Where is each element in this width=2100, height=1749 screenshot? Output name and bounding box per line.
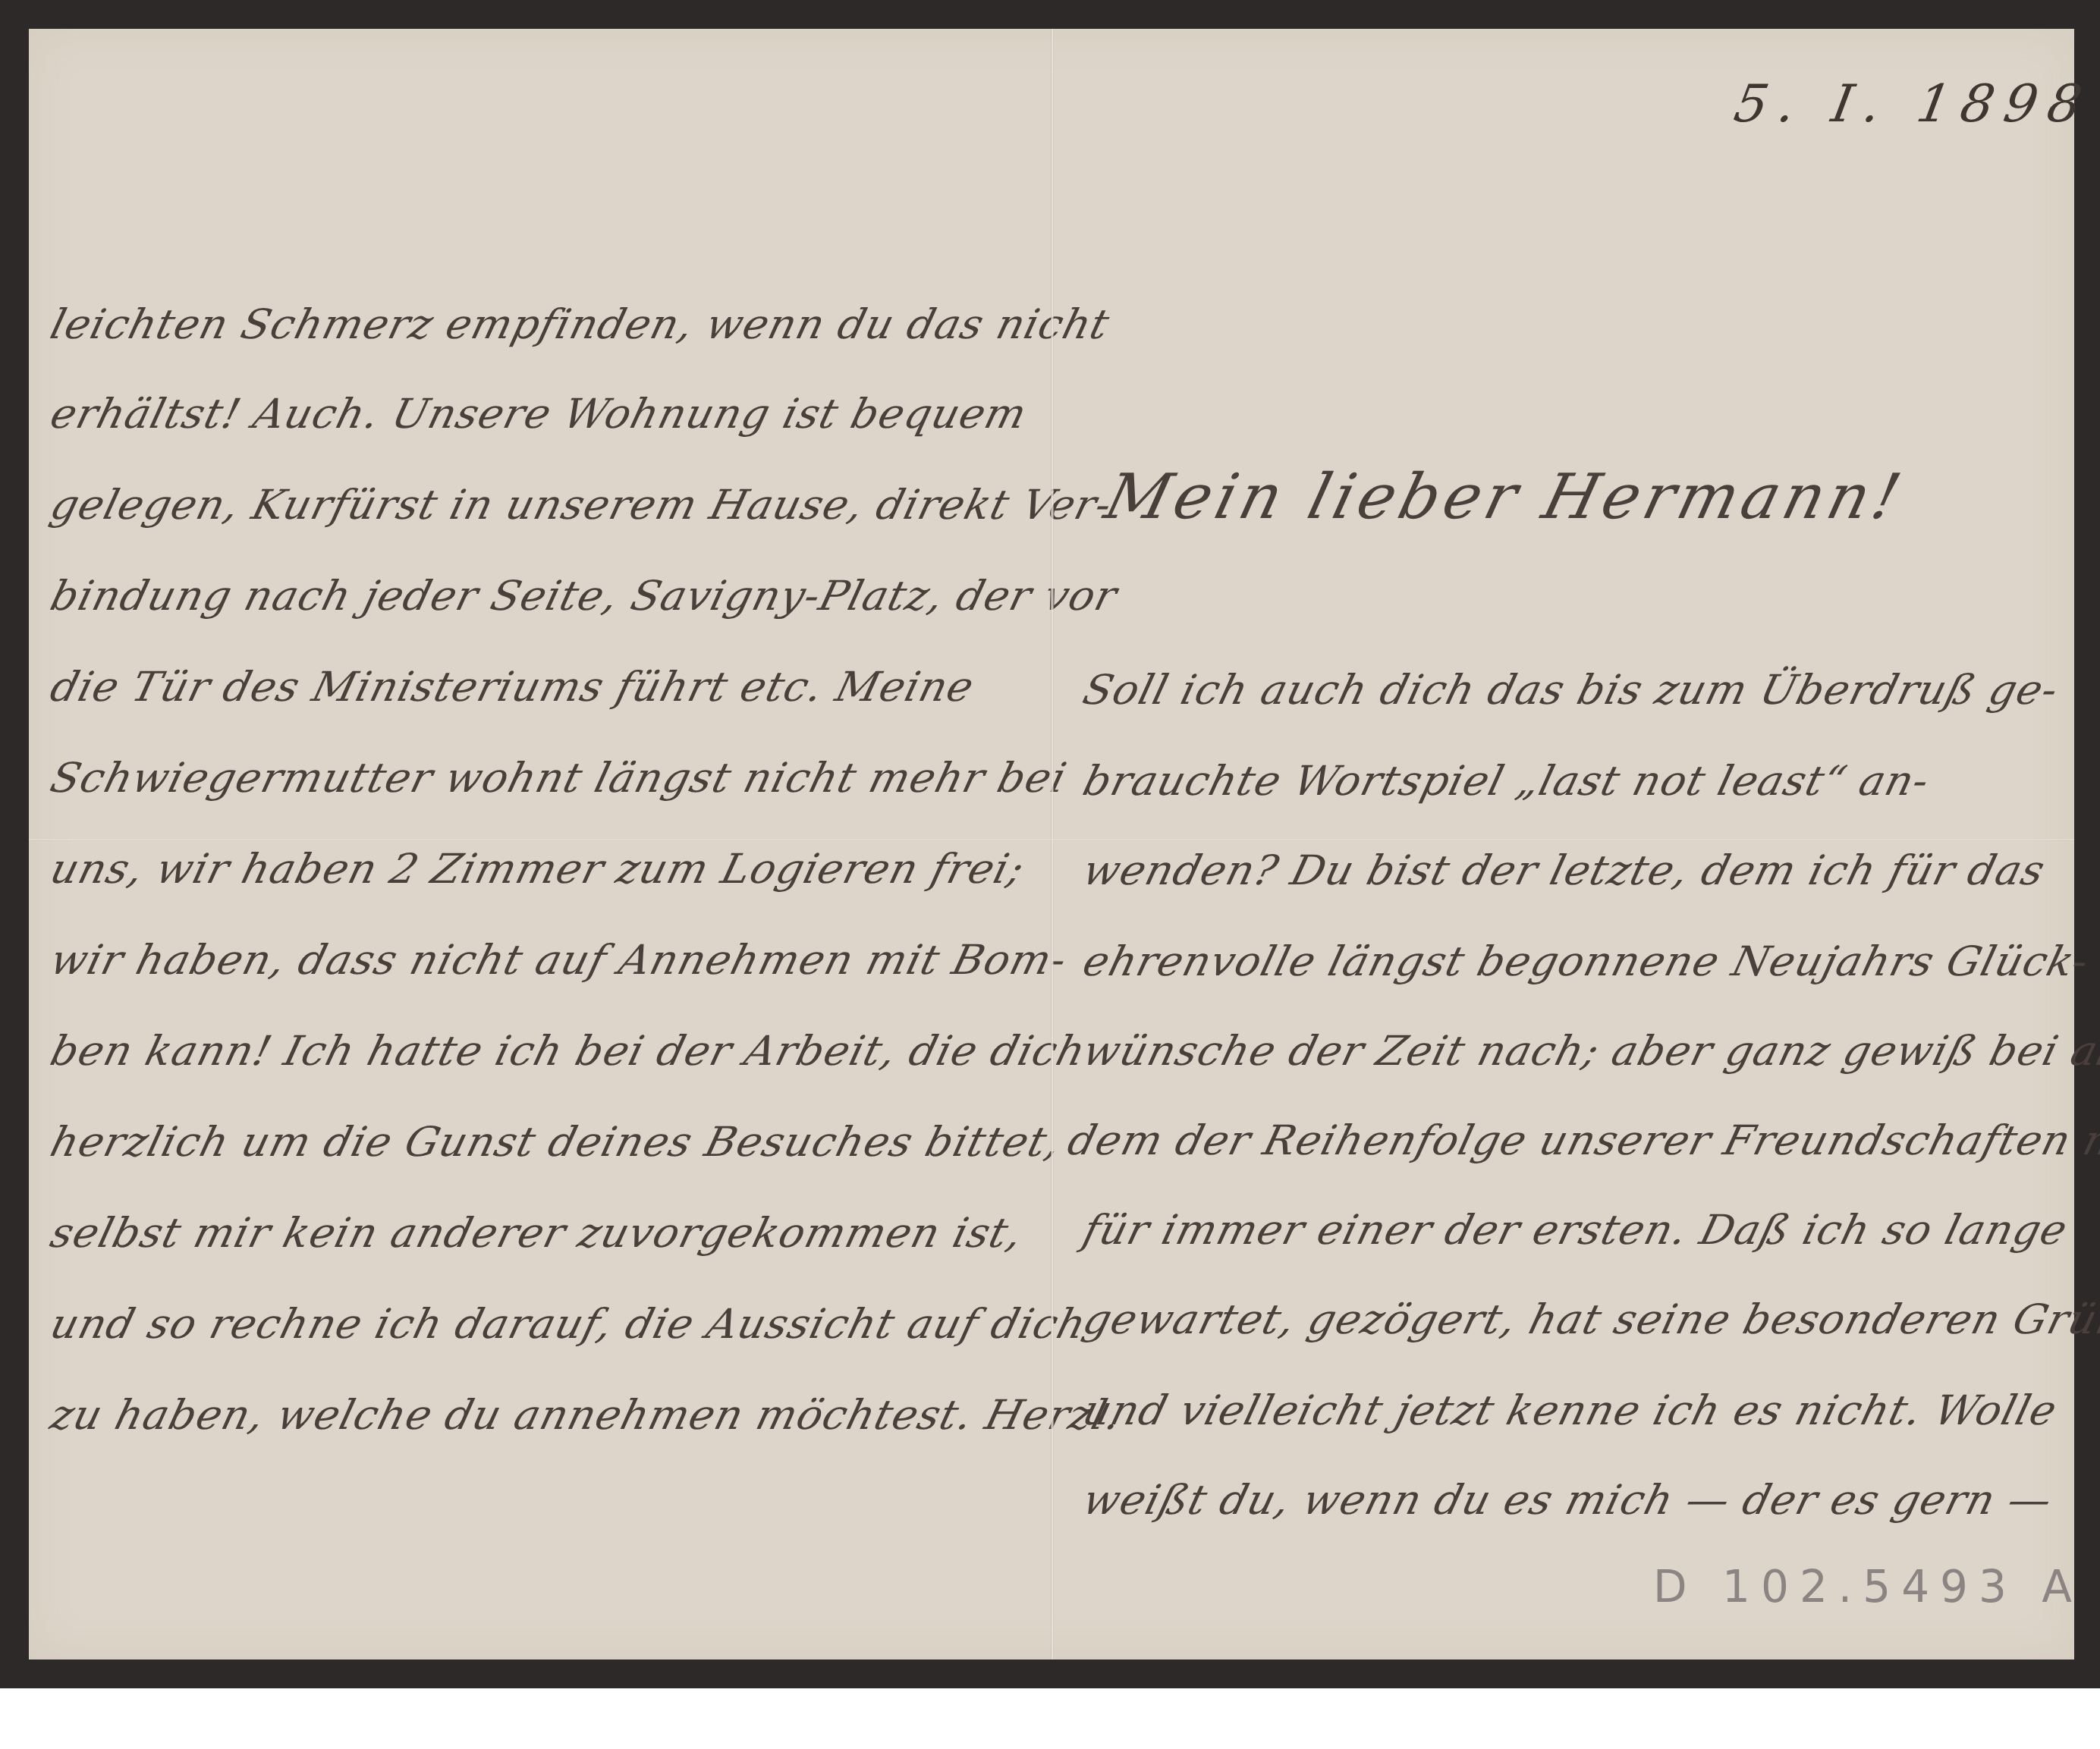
letter-line: herzlich um die Gunst deines Besuches bi… <box>46 1119 1067 1165</box>
letter-line: die Tür des Ministeriums führt etc. Mein… <box>46 664 979 710</box>
letter-line: uns, wir haben 2 Zimmer zum Logieren fre… <box>46 846 1030 892</box>
left-page: leichten Schmerz empfinden, wenn du das … <box>29 29 1051 1660</box>
letter-line: leichten Schmerz empfinden, wenn du das … <box>46 302 1114 347</box>
letter-line: ben kann! Ich hatte ich bei der Arbeit, … <box>46 1028 1091 1074</box>
archive-signature-stamp: D 102.5493 A <box>1653 1561 2083 1612</box>
letter-line: brauchte Wortspiel „last not least“ an- <box>1079 758 1935 804</box>
letter-line: ehrenvolle längst begonnene Neujahrs Glü… <box>1079 939 2094 984</box>
letter-greeting: Mein lieber Hermann! <box>1098 461 1912 533</box>
right-page: 5. I. 1898 Mein lieber Hermann! Soll ich… <box>1054 29 2074 1660</box>
letter-line: wünsche der Zeit nach; aber ganz gewiß b… <box>1079 1028 2100 1074</box>
letter-line: wenden? Du bist der letzte, dem ich für … <box>1079 848 2050 893</box>
letter-line: zu haben, welche du annehmen möchtest. H… <box>46 1393 1127 1438</box>
letter-line: bindung nach jeder Seite, Savigny-Platz,… <box>46 573 1122 619</box>
letter-line: und vielleicht jetzt kenne ich es nicht.… <box>1079 1388 2062 1433</box>
letter-line: Schwiegermutter wohnt längst nicht mehr … <box>46 755 1071 801</box>
letter-date: 5. I. 1898 <box>1730 74 2097 134</box>
letter-line: Soll ich auch dich das bis zum Überdruß … <box>1079 667 2064 713</box>
letter-line: selbst mir kein anderer zuvorgekommen is… <box>46 1210 1028 1256</box>
letter-line: erhältst! Auch. Unsere Wohnung ist beque… <box>46 391 1032 437</box>
letter-line: weißt du, wenn du es mich — der es gern … <box>1079 1477 2058 1523</box>
letter-line: dem der Reihenfolge unserer Freundschaft… <box>1064 1118 2100 1163</box>
letter-sheet: leichten Schmerz empfinden, wenn du das … <box>29 29 2074 1660</box>
letter-line: für immer einer der ersten. Daß ich so l… <box>1079 1207 2073 1253</box>
letter-line: gelegen, Kurfürst in unserem Hause, dire… <box>46 482 1118 528</box>
letter-line: wir haben, dass nicht auf Annehmen mit B… <box>46 937 1072 983</box>
letter-line: gewartet, gezögert, hat seine besonderen… <box>1079 1297 2100 1342</box>
letter-line: und so rechne ich darauf, die Aussicht a… <box>46 1302 1092 1347</box>
